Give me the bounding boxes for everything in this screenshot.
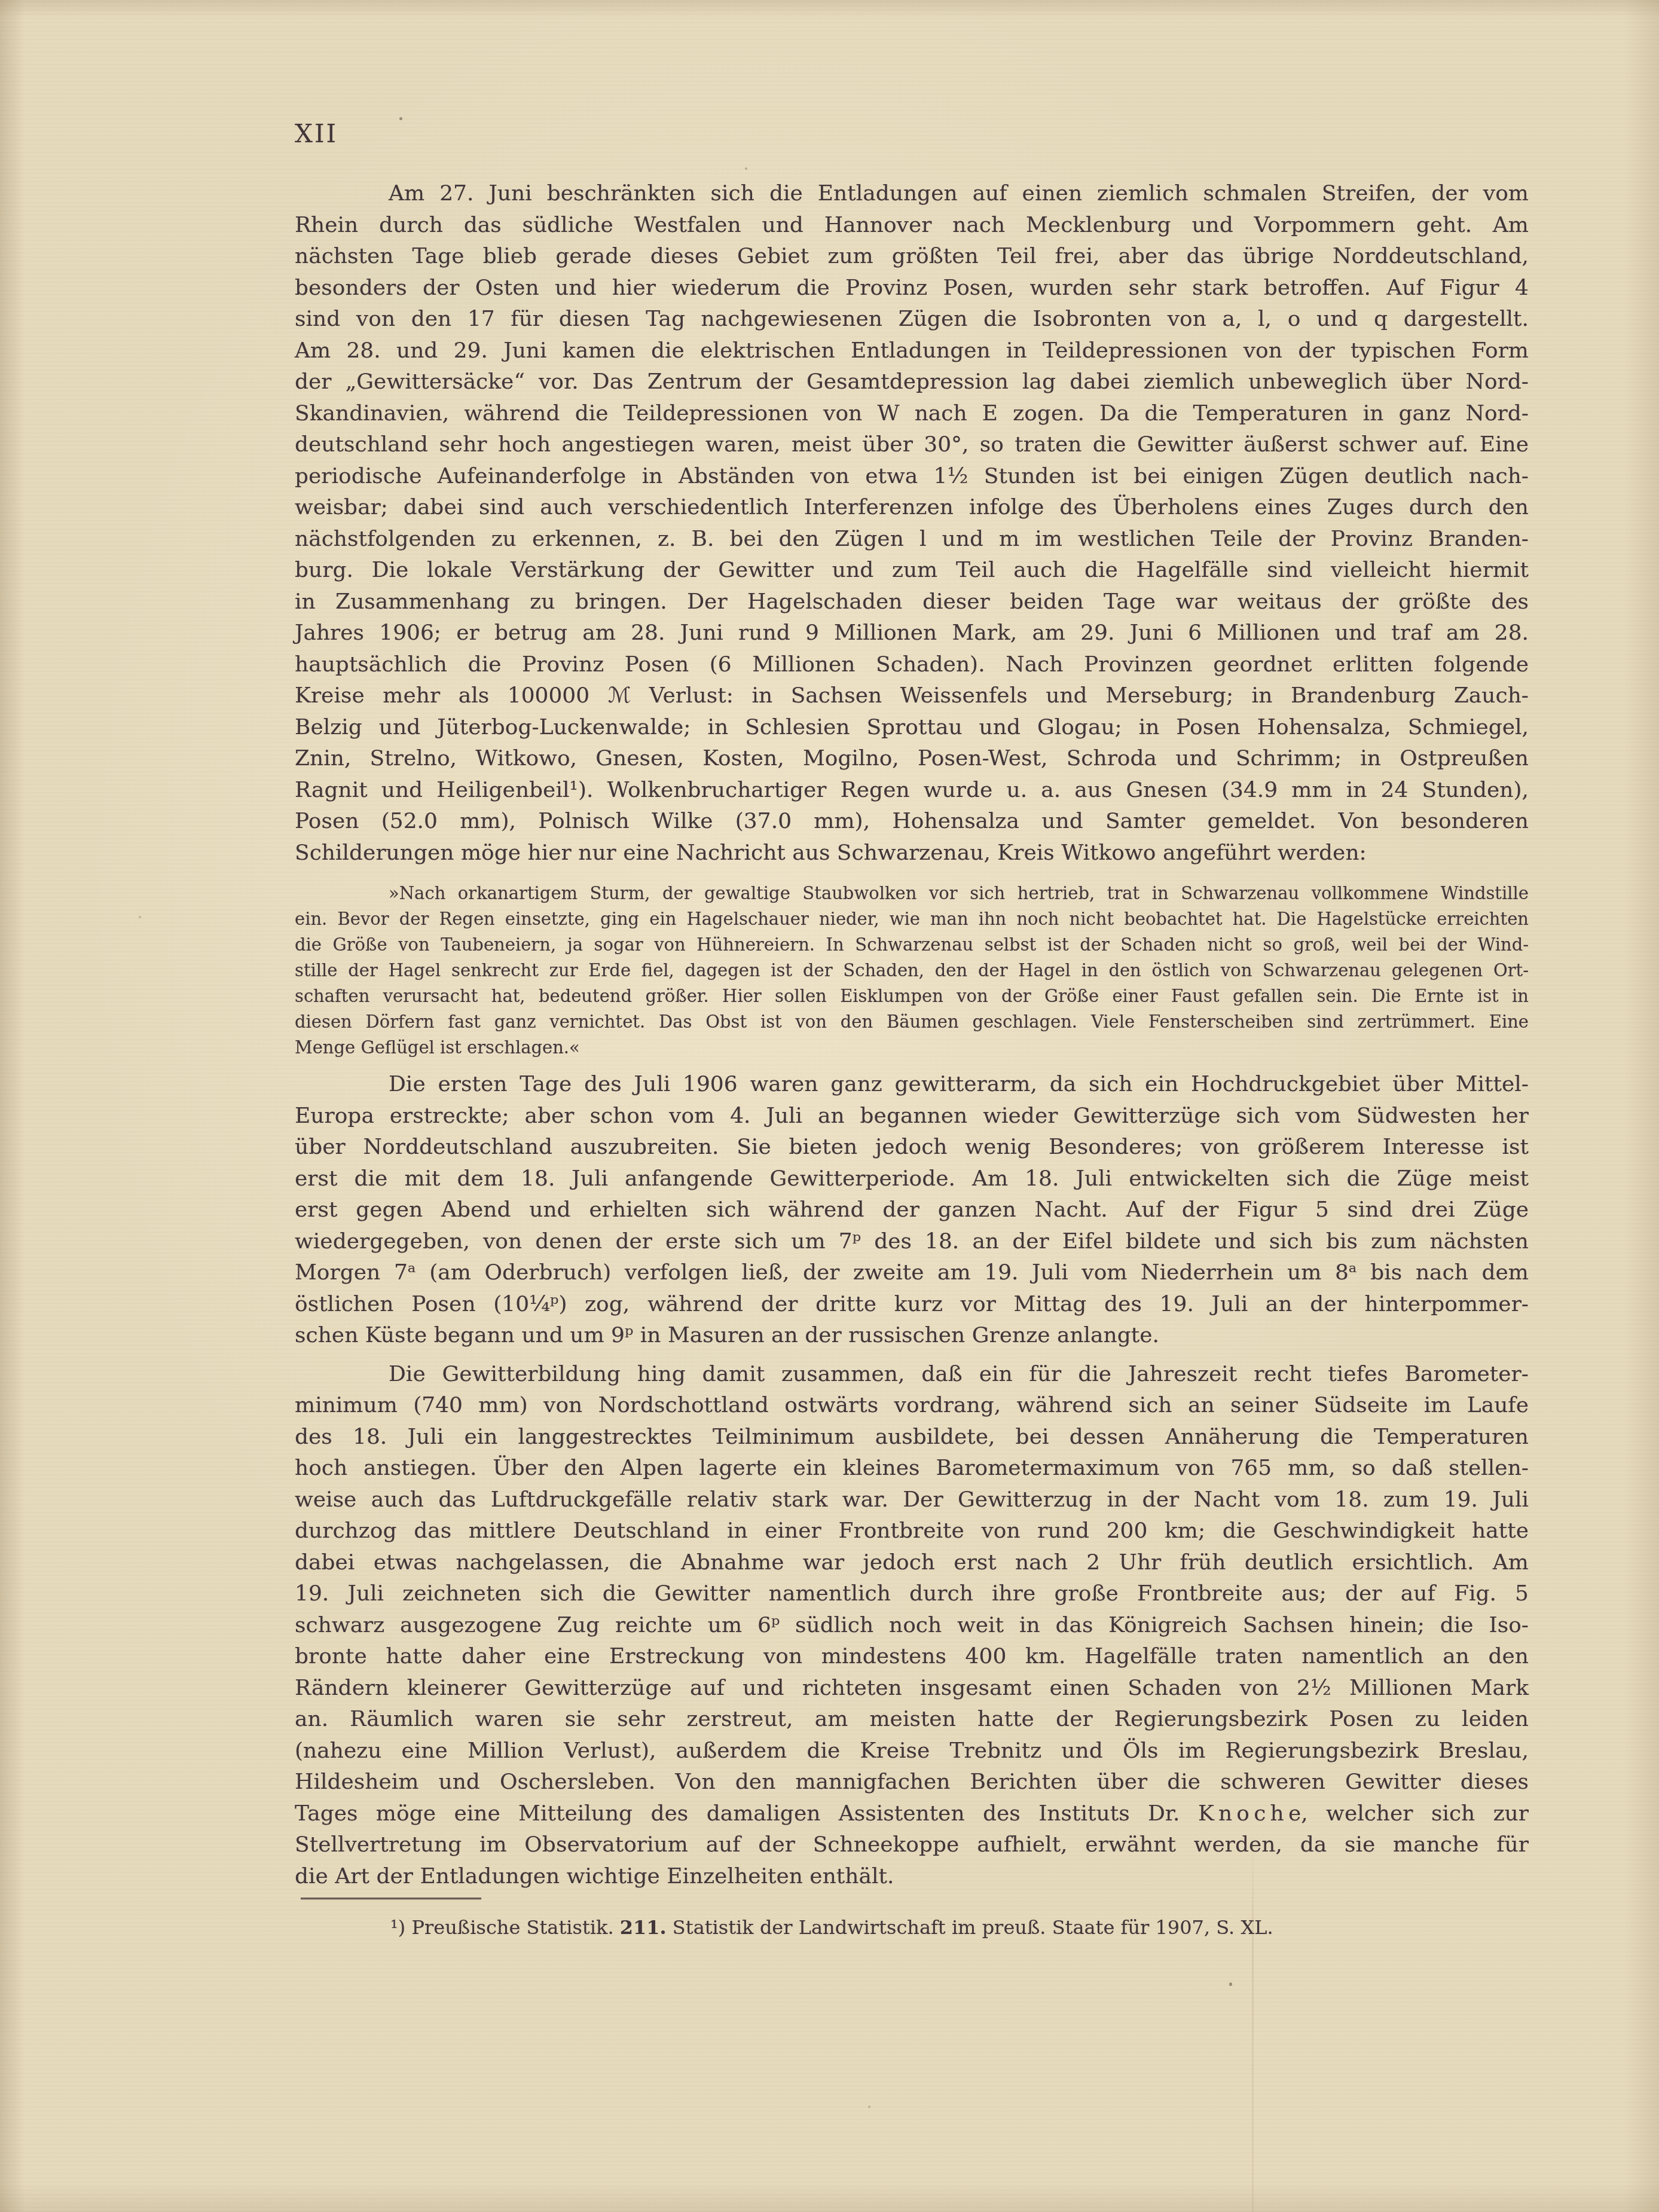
text-line: östlichen Posen (10¹⁄₄ᵖ) zog, während de…	[295, 1289, 1529, 1321]
paper-speck	[139, 916, 141, 918]
text-line: Tages möge eine Mitteilung des damaligen…	[295, 1798, 1529, 1830]
text-line: durchzog das mittlere Deutschland in ein…	[295, 1516, 1529, 1547]
text-line: Rändern kleinerer Gewitterzüge auf und r…	[295, 1673, 1529, 1704]
text-line: Europa erstreckte; aber schon vom 4. Jul…	[295, 1101, 1529, 1132]
text-line: Stellvertretung im Observatorium auf der…	[295, 1829, 1529, 1861]
text-line: ein. Bevor der Regen einsetzte, ging ein…	[295, 906, 1529, 932]
footnote-bold-number: 211.	[620, 1916, 667, 1939]
footnote: ¹) Preußische Statistik. 211. Statistik …	[295, 1914, 1529, 1941]
text-line: schwarz ausgezogene Zug reichte um 6ᵖ sü…	[295, 1610, 1529, 1642]
text-line: Schilderungen möge hier nur eine Nachric…	[295, 838, 1529, 869]
text-line: schen Küste begann und um 9ᵖ in Masuren …	[295, 1320, 1529, 1352]
paper-speck	[399, 117, 402, 120]
text-line: Znin, Strelno, Witkowo, Gnesen, Kosten, …	[295, 743, 1529, 775]
text-line: besonders der Osten und hier wiederum di…	[295, 273, 1529, 304]
text-line: Kreise mehr als 100000 ℳ Verlust: in Sac…	[295, 680, 1529, 712]
text-line: an. Räumlich waren sie sehr zerstreut, a…	[295, 1704, 1529, 1736]
text-line: Am 28. und 29. Juni kamen die elektrisch…	[295, 335, 1529, 367]
paper-speck	[868, 2106, 870, 2108]
text-line: Jahres 1906; er betrug am 28. Juni rund …	[295, 618, 1529, 649]
text-line: in Zusammenhang zu bringen. Der Hagelsch…	[295, 586, 1529, 618]
text-line: nächsten Tage blieb gerade dieses Gebiet…	[295, 241, 1529, 273]
text-block: Am 27. Juni beschränkten sich die Entlad…	[295, 178, 1529, 1941]
page-number: XII	[295, 121, 338, 146]
text-line: Skandinavien, während die Teildepression…	[295, 398, 1529, 430]
text-line: periodische Aufeinanderfolge in Abstände…	[295, 461, 1529, 493]
text-line: diesen Dörfern fast ganz vernichtet. Das…	[295, 1009, 1529, 1035]
text-line: Am 27. Juni beschränkten sich die Entlad…	[295, 178, 1529, 210]
text-line: Hildesheim und Oschersleben. Von den man…	[295, 1767, 1529, 1798]
text-line: minimum (740 mm) von Nordschottland ostw…	[295, 1390, 1529, 1422]
text-line: erst die mit dem 18. Juli anfangende Gew…	[295, 1163, 1529, 1195]
text-line: die Art der Entladungen wichtige Einzelh…	[295, 1861, 1529, 1893]
text-line: Morgen 7ᵃ (am Oderbruch) verfolgen ließ,…	[295, 1257, 1529, 1289]
text-line: Menge Geflügel ist erschlagen.«	[295, 1035, 1529, 1061]
text-line: weisbar; dabei sind auch verschiedentlic…	[295, 492, 1529, 524]
paragraph-storm-formation: Die Gewitterbildung hing damit zusammen,…	[295, 1359, 1529, 1893]
text-line: Posen (52.0 mm), Polnisch Wilke (37.0 mm…	[295, 806, 1529, 838]
text-line: deutschland sehr hoch angestiegen waren,…	[295, 429, 1529, 461]
text-line: Die ersten Tage des Juli 1906 waren ganz…	[295, 1069, 1529, 1101]
text-line: hoch anstiegen. Über den Alpen lagerte e…	[295, 1453, 1529, 1484]
text-line: dabei etwas nachgelassen, die Abnahme wa…	[295, 1547, 1529, 1579]
paragraph-june-storms: Am 27. Juni beschränkten sich die Entlad…	[295, 178, 1529, 869]
text-line: Belzig und Jüterbog-Luckenwalde; in Schl…	[295, 712, 1529, 744]
text-line: 19. Juli zeichneten sich die Gewitter na…	[295, 1578, 1529, 1610]
footnote-text-after: Statistik der Landwirtschaft im preuß. S…	[667, 1916, 1273, 1939]
paragraph-july-storms: Die ersten Tage des Juli 1906 waren ganz…	[295, 1069, 1529, 1352]
text-line: hauptsächlich die Provinz Posen (6 Milli…	[295, 649, 1529, 681]
text-line: nächstfolgenden zu erkennen, z. B. bei d…	[295, 524, 1529, 555]
quote-schwarzenau-report: »Nach orkanartigem Sturm, der gewaltige …	[295, 881, 1529, 1061]
text-line: Die Gewitterbildung hing damit zusammen,…	[295, 1359, 1529, 1391]
footnote-separator-rule	[301, 1898, 481, 1899]
paper-speck	[745, 167, 747, 170]
text-line: die Größe von Taubeneiern, ja sogar von …	[295, 932, 1529, 958]
text-line: stille der Hagel senkrecht zur Erde fiel…	[295, 958, 1529, 983]
text-line: bronte hatte daher eine Erstreckung von …	[295, 1641, 1529, 1673]
footnote-text-before: ¹) Preußische Statistik.	[390, 1916, 620, 1939]
text-line: sind von den 17 für diesen Tag nachgewie…	[295, 304, 1529, 335]
text-line: schaften verursacht hat, bedeutend größe…	[295, 983, 1529, 1009]
text-line: wiedergegeben, von denen der erste sich …	[295, 1226, 1529, 1258]
text-line: Rhein durch das südliche Westfalen und H…	[295, 210, 1529, 242]
text-line: »Nach orkanartigem Sturm, der gewaltige …	[295, 881, 1529, 906]
text-line: weise auch das Luftdruckgefälle relativ …	[295, 1484, 1529, 1516]
text-line: Ragnit und Heiligenbeil¹). Wolkenbruchar…	[295, 775, 1529, 806]
text-line: über Norddeutschland auszubreiten. Sie b…	[295, 1132, 1529, 1163]
paper-speck	[1229, 1982, 1232, 1986]
text-line: der „Gewittersäcke“ vor. Das Zentrum der…	[295, 366, 1529, 398]
text-line: (nahezu eine Million Verlust), außerdem …	[295, 1736, 1529, 1767]
scanned-book-page: XII Am 27. Juni beschränkten sich die En…	[0, 0, 1659, 2212]
text-line: erst gegen Abend und erhielten sich währ…	[295, 1194, 1529, 1226]
text-line: burg. Die lokale Verstärkung der Gewitte…	[295, 555, 1529, 586]
paper-crease	[1252, 1829, 1254, 2212]
text-line: des 18. Juli ein langgestrecktes Teilmin…	[295, 1422, 1529, 1453]
